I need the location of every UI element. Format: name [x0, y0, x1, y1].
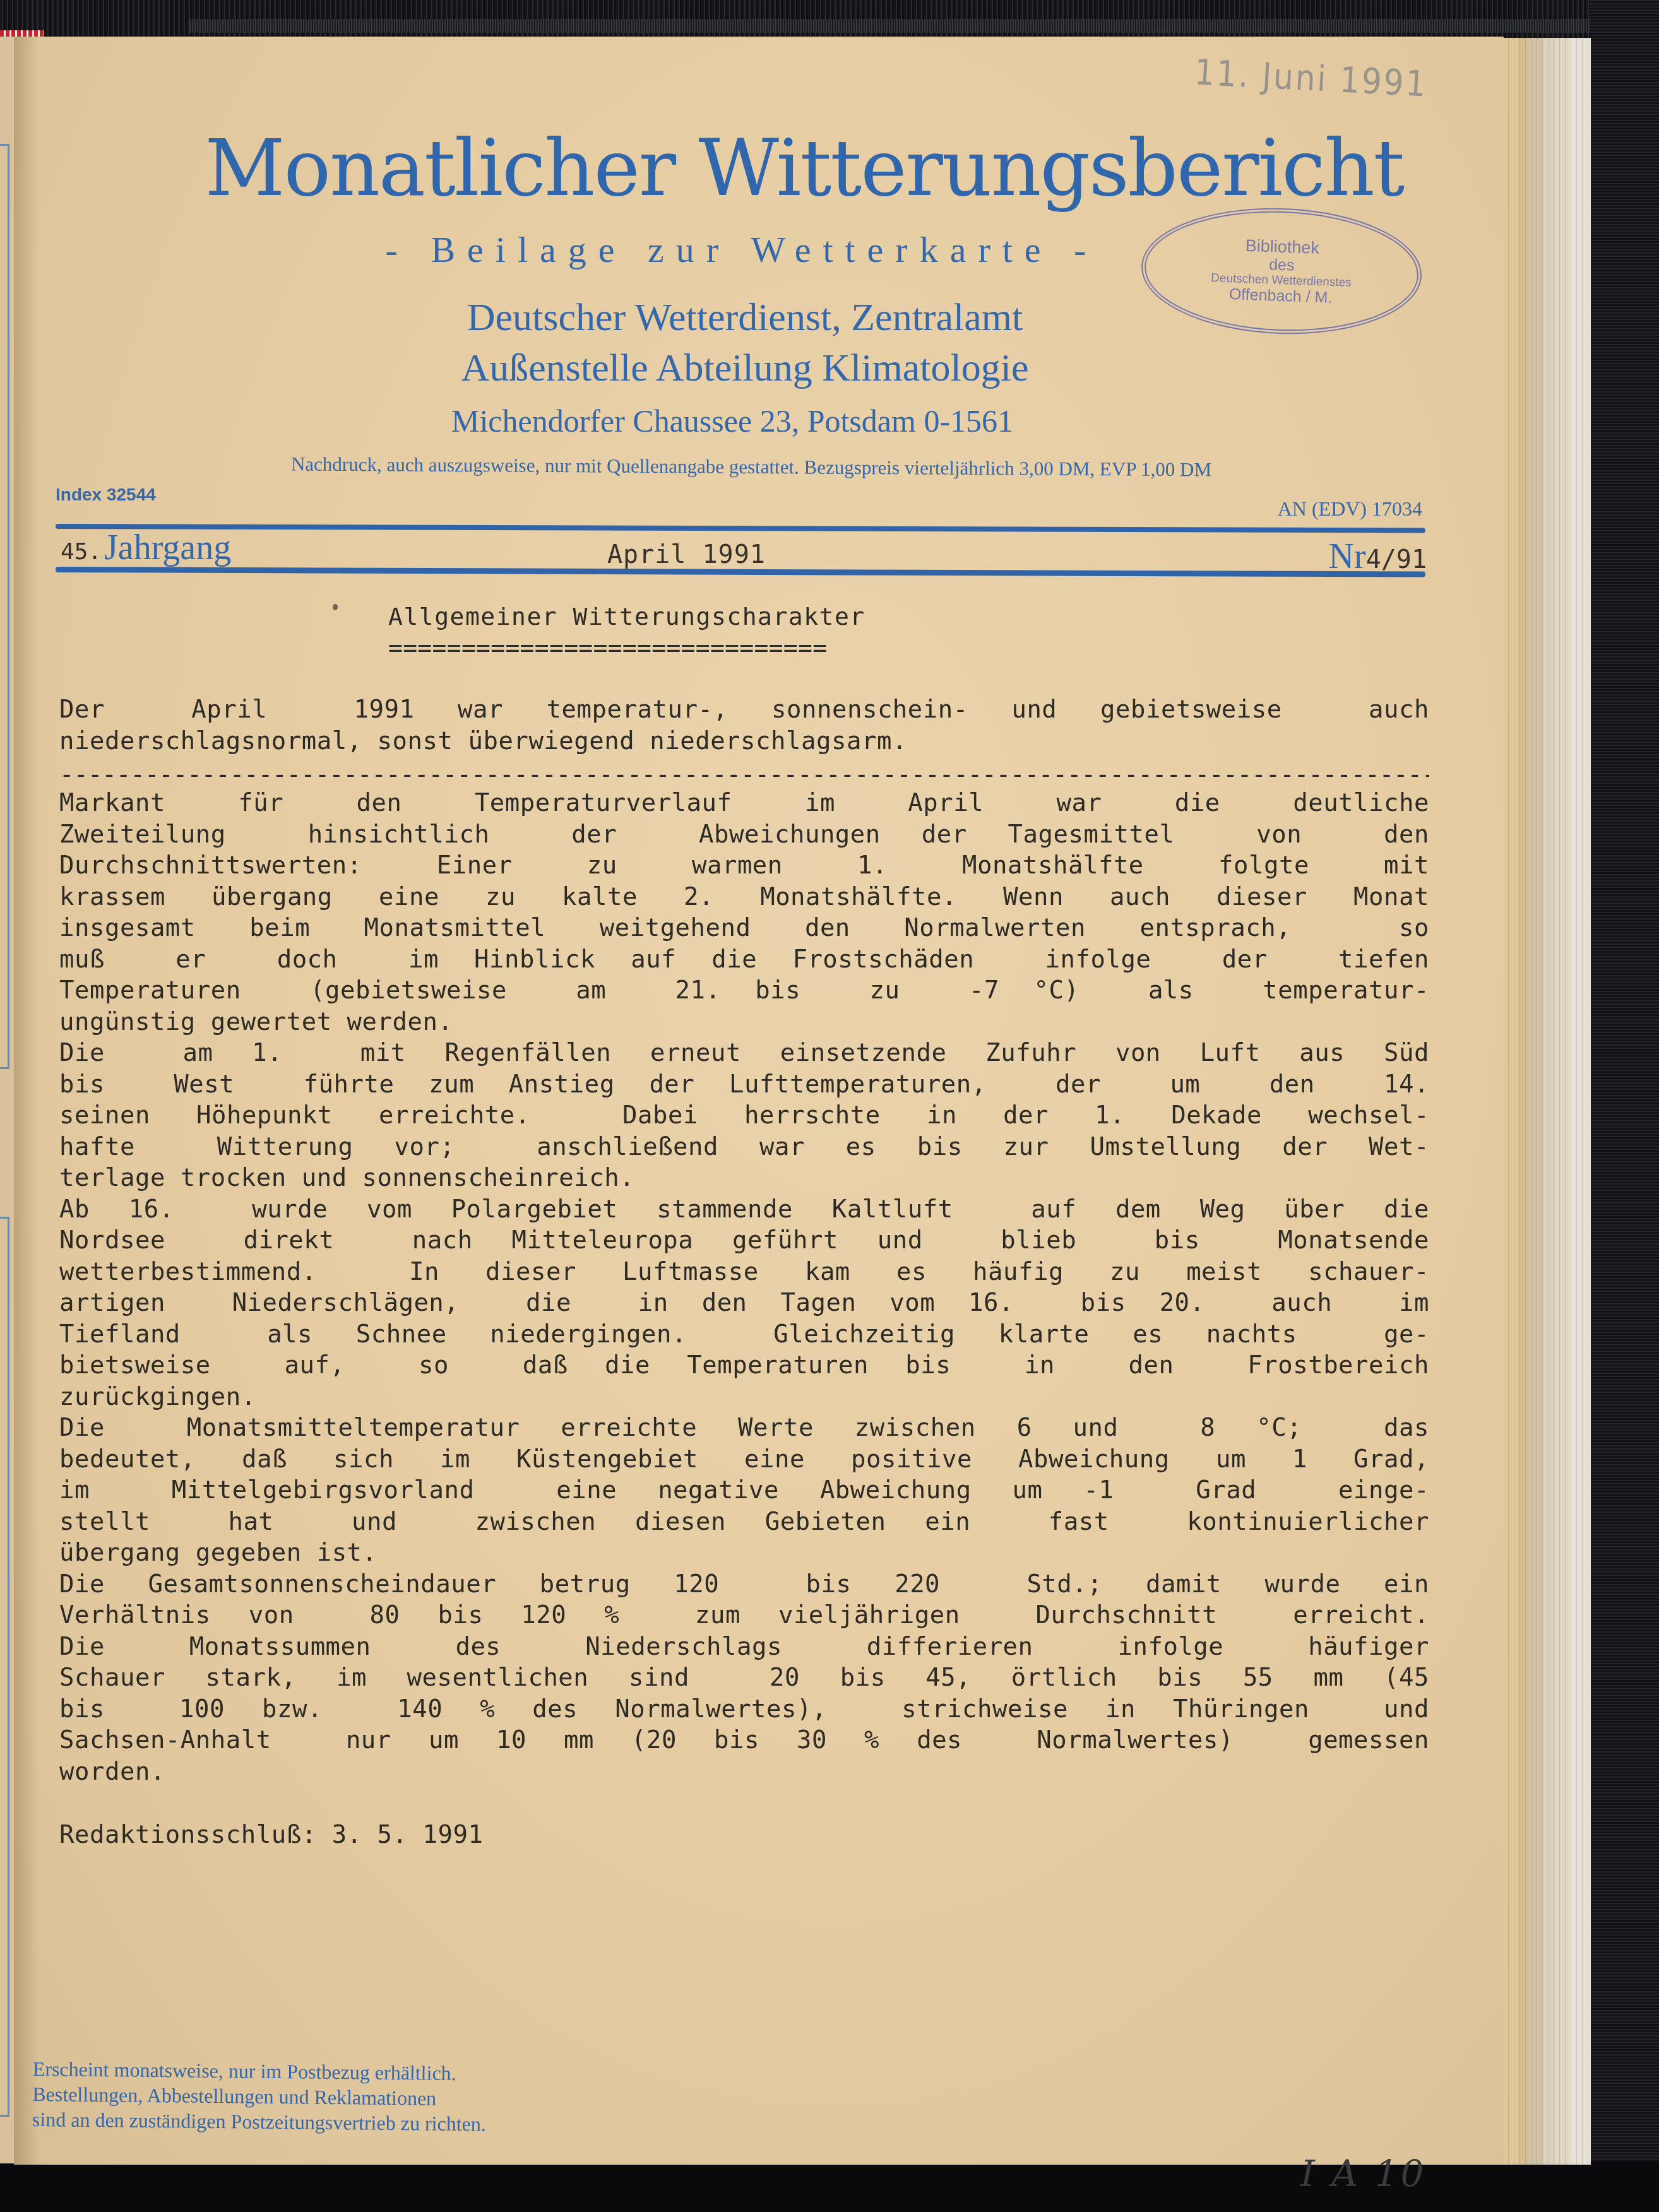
organization-name: Deutscher Wetterdienst, Zentralamt: [354, 295, 1136, 340]
paragraph-line: Die Monatsmitteltemperatur erreichte Wer…: [59, 1412, 1429, 1444]
paragraph-line: ungünstig gewertet werden.: [59, 1007, 1429, 1038]
index-number: Index 32544: [56, 485, 156, 505]
previous-page-frame: [0, 144, 9, 1069]
paragraph-line: artigen Niederschlägen, die in den Tagen…: [59, 1287, 1429, 1319]
paragraph-line: Sachsen-Anhalt nur um 10 mm (20 bis 30 %…: [59, 1725, 1429, 1756]
volume-label: Jahrgang: [104, 528, 231, 568]
book-binding-top: [0, 0, 1659, 38]
library-stamp-line: Offenbach / M.: [1228, 285, 1332, 307]
an-edv-number: AN (EDV) 17034: [1278, 497, 1422, 521]
paragraph-line: wetterbestimmend. In dieser Luftmasse ka…: [59, 1257, 1429, 1288]
section-heading: Allgemeiner Witterungscharakter: [388, 603, 865, 630]
paragraph-line: bietsweise auf, so daß die Temperaturen …: [59, 1350, 1429, 1381]
library-stamp-line: Bibliothek: [1245, 236, 1319, 257]
paragraph-line: zurückgingen.: [59, 1381, 1429, 1413]
paragraph-line: muß er doch im Hinblick auf die Frostsch…: [59, 944, 1429, 976]
subscription-notice: Erscheint monatsweise, nur im Postbezug …: [32, 2056, 487, 2137]
editorial-deadline: Redaktionsschluß: 3. 5. 1991: [59, 1821, 483, 1849]
intro-line: Der April 1991 war temperatur-, sonnensc…: [59, 694, 1429, 726]
paragraph-temperature: Markant für den Temperaturverlauf im Apr…: [59, 788, 1429, 1038]
intro-line: niederschlagsnormal, sonst überwiegend n…: [59, 726, 1429, 757]
paragraph-first-half: Die am 1. mit Regenfällen erneut einsetz…: [59, 1038, 1429, 1194]
paragraph-line: bis 100 bzw. 140 % des Normalwertes), st…: [59, 1694, 1429, 1725]
issue-number-value: 4/91: [1366, 545, 1427, 574]
handwritten-shelf-mark: I A 10: [1300, 2152, 1426, 2195]
footer-line: sind an den zuständigen Postzeitungsvert…: [32, 2107, 486, 2137]
organization-address: Michendorfer Chaussee 23, Potsdam 0-1561: [379, 403, 1086, 439]
issue-month: April 1991: [607, 540, 766, 569]
paragraph-line: Tiefland als Schnee niedergingen. Gleich…: [59, 1319, 1429, 1351]
section-divider: ----------------------------------------…: [59, 760, 1429, 789]
paragraph-line: Ab 16. wurde vom Polargebiet stammende K…: [59, 1194, 1429, 1226]
paragraph-line: Die Gesamtsonnenscheindauer betrug 120 b…: [59, 1569, 1429, 1600]
library-stamp-line: des: [1269, 256, 1295, 274]
paragraph-line: stellt hat und zwischen diesen Gebieten …: [59, 1506, 1429, 1538]
paragraph-line: Markant für den Temperaturverlauf im Apr…: [59, 788, 1429, 819]
paragraph-line: bis West führte zum Anstieg der Lufttemp…: [59, 1069, 1429, 1101]
previous-page-edge: [0, 37, 15, 2163]
section-heading-underline: ==============================: [388, 634, 827, 661]
paragraph-line: im Mittelgebirgsvorland eine negative Ab…: [59, 1475, 1429, 1506]
paragraph-line: insgesamt beim Monatsmittel weitgehend d…: [59, 913, 1429, 944]
paragraph-line: hafte Witterung vor; anschließend war es…: [59, 1132, 1429, 1163]
paragraph-line: Verhältnis von 80 bis 120 % zum vieljähr…: [59, 1600, 1429, 1631]
page-edges-stack: [1502, 38, 1591, 2165]
paragraph-line: Schauer stark, im wesentlichen sind 20 b…: [59, 1662, 1429, 1694]
paragraph-line: Temperaturen (gebietsweise am 21. bis zu…: [59, 975, 1429, 1007]
book-binding-right: [1590, 0, 1659, 2212]
paragraph-line: Die Monatssummen des Niederschlags diffe…: [59, 1631, 1429, 1663]
paragraph-line: Die am 1. mit Regenfällen erneut einsetz…: [59, 1038, 1429, 1069]
document-subtitle: - Beilage zur Wetterkarte -: [344, 228, 1139, 271]
paragraph-line: worden.: [59, 1756, 1429, 1788]
paragraph-line: Nordsee direkt nach Mitteleuropa geführt…: [59, 1225, 1429, 1257]
report-body: Der April 1991 war temperatur-, sonnensc…: [59, 694, 1429, 1787]
binding-weave: [189, 19, 1659, 33]
paragraph-sunshine-precipitation: Die Gesamtsonnenscheindauer betrug 120 b…: [59, 1569, 1429, 1788]
paragraph-second-half: Ab 16. wurde vom Polargebiet stammende K…: [59, 1194, 1429, 1413]
paragraph-line: terlage trocken und sonnenscheinreich.: [59, 1162, 1429, 1194]
paragraph-line: Zweiteilung hinsichtlich der Abweichunge…: [59, 819, 1429, 851]
volume-info: 45. Jahrgang: [61, 528, 231, 568]
ink-speck: [333, 604, 338, 610]
previous-page-frame: [0, 1217, 9, 2117]
paragraph-line: übergang gegeben ist.: [59, 1537, 1429, 1569]
paragraph-line: seinen Höhepunkt erreichte. Dabei herrsc…: [59, 1100, 1429, 1132]
paragraph-line: bedeutet, daß sich im Küstengebiet eine …: [59, 1444, 1429, 1476]
volume-number: 45.: [61, 539, 102, 565]
document-title: Monatlicher Witterungsbericht: [0, 129, 1634, 208]
paragraph-monthly-mean: Die Monatsmitteltemperatur erreichte Wer…: [59, 1412, 1429, 1569]
organization-department: Außenstelle Abteilung Klimatologie: [354, 346, 1136, 391]
paragraph-line: krassem übergang eine zu kalte 2. Monats…: [59, 882, 1429, 913]
paragraph-line: Durchschnittswerten: Einer zu warmen 1. …: [59, 850, 1429, 882]
